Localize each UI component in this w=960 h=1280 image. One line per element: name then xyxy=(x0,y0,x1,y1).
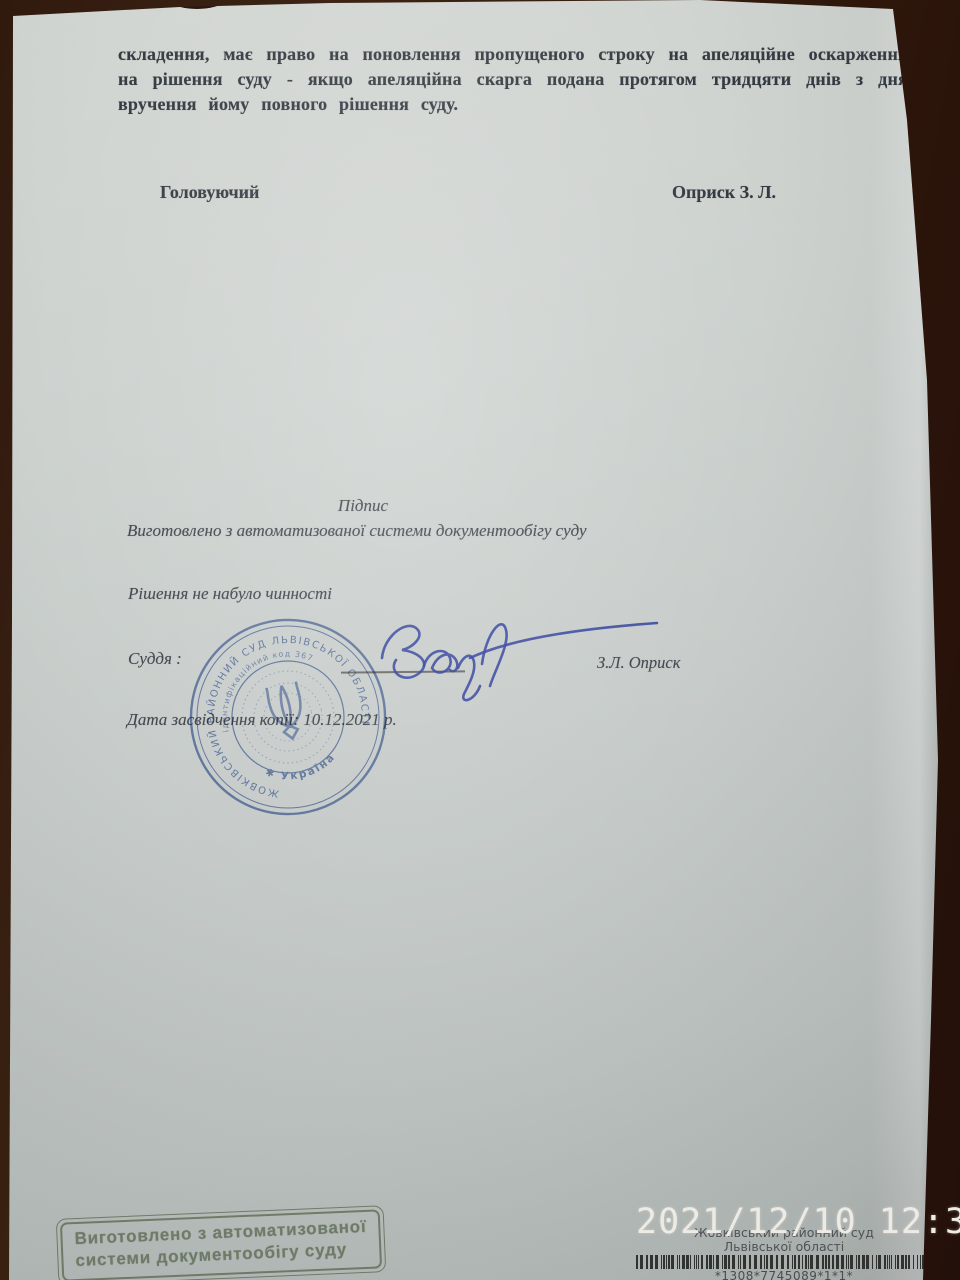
body-paragraph: складення, має право на поновлення пропу… xyxy=(118,42,908,117)
photo-scene: складення, має право на поновлення пропу… xyxy=(0,0,960,1280)
svg-text:ЖОВКІВСЬКИЙ РАЙОННИЙ СУД ЛЬВІВ: ЖОВКІВСЬКИЙ РАЙОННИЙ СУД ЛЬВІВСЬКОЇ ОБЛА… xyxy=(189,620,385,811)
svg-text:ідентифікаційний код 367: ідентифікаційний код 367 xyxy=(208,643,327,734)
svg-text:✱ Україна ✱: ✱ Україна ✱ xyxy=(251,699,346,789)
stamp-inner-ring-text: ідентифікаційний код 367 xyxy=(208,643,327,734)
presiding-judge-name: Оприск З. Л. xyxy=(672,182,776,203)
judge-signature-icon xyxy=(352,592,682,707)
auto-system-note: Виготовлено з автоматизованої системи до… xyxy=(127,521,587,541)
auto-system-stamp-line2: системи документообігу суду xyxy=(75,1238,368,1273)
footer-court-name-line2: Львівської області xyxy=(626,1240,942,1254)
signature-line xyxy=(341,670,465,673)
paper-edge-mark xyxy=(172,0,222,9)
trident-emblem-icon xyxy=(266,682,308,742)
barcode-value: *1308*7745089*1*1* xyxy=(626,1269,942,1280)
certification-date: Дата засвідчення копії: 10.12.2021 р. xyxy=(127,710,397,730)
signature-caption: Підпис xyxy=(318,496,408,516)
presiding-judge-label: Головуючий xyxy=(160,182,259,203)
camera-timestamp: 2021/12/10 12:36 xyxy=(636,1202,954,1242)
stamp-outer-ring-text: ЖОВКІВСЬКИЙ РАЙОННИЙ СУД ЛЬВІВСЬКОЇ ОБЛА… xyxy=(189,620,385,811)
judge-label: Суддя : xyxy=(128,649,182,669)
auto-system-stamp-line1: Виготовлено з автоматизованої xyxy=(74,1216,367,1251)
court-round-stamp-icon: ЖОВКІВСЬКИЙ РАЙОННИЙ СУД ЛЬВІВСЬКОЇ ОБЛА… xyxy=(161,590,415,844)
judge-name: З.Л. Оприск xyxy=(597,653,680,673)
document-page: складення, має право на поновлення пропу… xyxy=(0,0,960,1280)
stamp-country-text: ✱ Україна ✱ xyxy=(251,699,346,789)
validity-note: Рішення не набуло чинності xyxy=(128,584,332,604)
barcode-icon xyxy=(630,1255,938,1269)
auto-system-stamp: Виготовлено з автоматизованої системи до… xyxy=(56,1205,387,1280)
